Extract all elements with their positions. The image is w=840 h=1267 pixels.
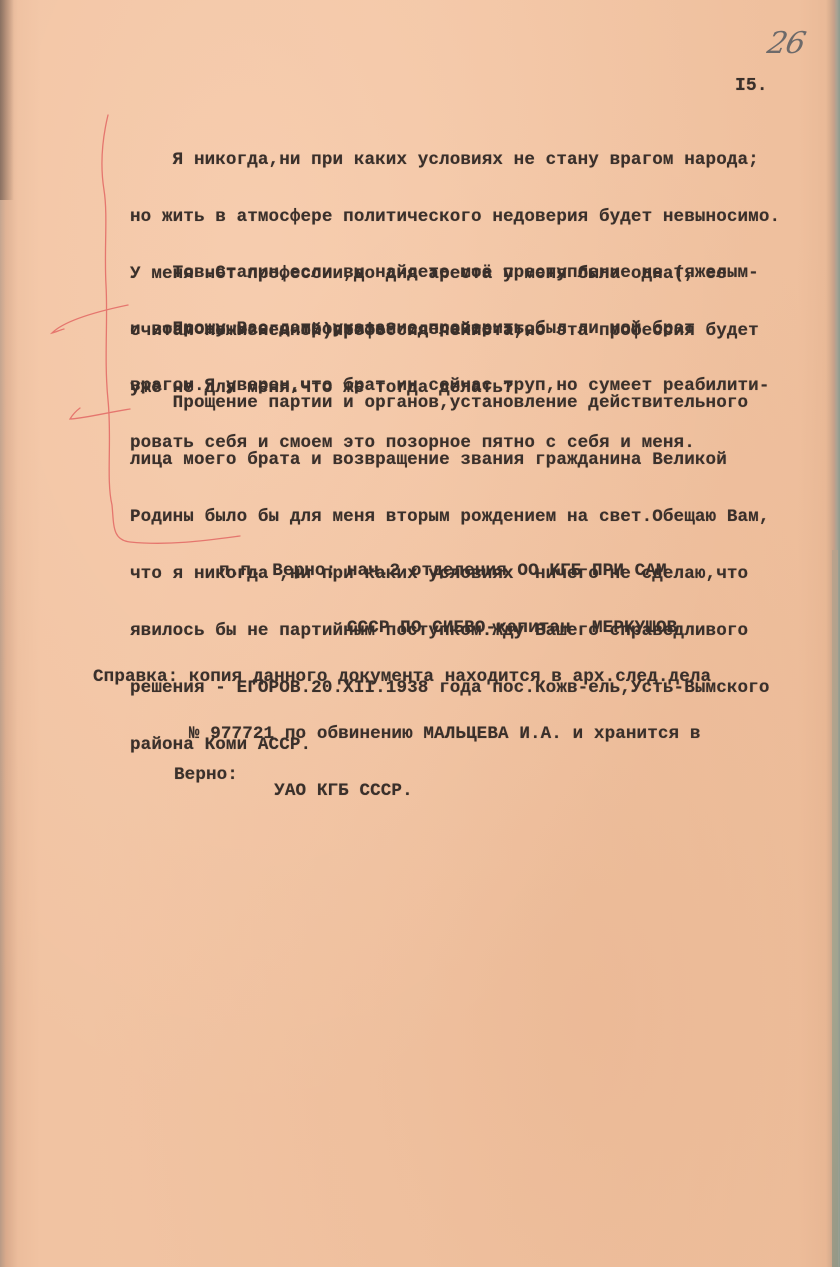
- document-page: 26 I5. Я никогда,ни при каких условиях н…: [0, 0, 840, 1267]
- typed-page-number: I5.: [735, 77, 768, 96]
- reference-line: № 977721 по обвинению МАЛЬЦЕВА И.А. и хр…: [93, 725, 711, 744]
- reference-line: Справка: копия данного документа находит…: [93, 668, 711, 687]
- text-line: Прошу Вас дать указание проверить,был ли…: [130, 320, 769, 339]
- reference-note: Справка: копия данного документа находит…: [93, 630, 711, 839]
- folio-number-handwritten: 26: [764, 26, 808, 61]
- text-line: Прощение партии и органов,установление д…: [130, 394, 769, 413]
- folder-edge-strip: [832, 550, 838, 1267]
- certification-line: п.п. Верно: нач.2 отделения ОО КГБ ПРИ С…: [219, 562, 677, 581]
- text-line: Я никогда,ни при каких условиях не стану…: [130, 151, 780, 170]
- text-line: Тов.Сталин,если вы найдете моё преступле…: [130, 264, 759, 283]
- text-line: но жить в атмосфере политического недове…: [130, 208, 780, 227]
- page-edge: [826, 0, 840, 1267]
- text-line: лица моего брата и возвращение звания гр…: [130, 451, 769, 470]
- final-attestation: Верно:: [174, 766, 238, 785]
- binding-shadow: [0, 0, 14, 200]
